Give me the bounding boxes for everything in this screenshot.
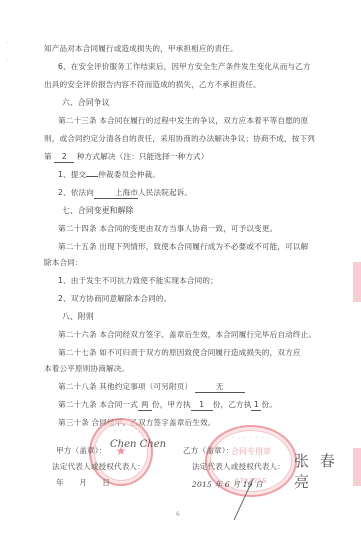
margin-mark: · bbox=[6, 40, 8, 47]
party-a-date: 年 月 日 bbox=[56, 478, 110, 488]
text-fragment: 2、依法向 bbox=[58, 188, 94, 197]
page-number: 6 bbox=[176, 511, 180, 518]
text-fragment: 第二十八条 其他约定事项（可另附页） bbox=[58, 382, 192, 391]
party-a-label: 甲方（盖章）： bbox=[56, 446, 106, 456]
court-option: 2、依法向上海市人民法院起诉。 bbox=[58, 188, 192, 199]
method-number-blank: 2 bbox=[54, 152, 74, 163]
seal-ring-text: · · · · · bbox=[91, 428, 151, 435]
text-line: 则，或合同约定分清各自的责任，采用协商的办法解决争议；协商不成，按下列 bbox=[44, 134, 315, 144]
party-a-representative-label: 法定代表人或授权代表人： bbox=[52, 462, 145, 472]
party-b-signature: 张 春 亮 bbox=[294, 450, 361, 492]
party-b-label: 乙方（盖章）： bbox=[183, 446, 233, 456]
arbitration-option: 1、提交仲裁委员会仲裁。 bbox=[58, 170, 160, 180]
text-fragment: 种方式解决（注：只能选择一种方式） bbox=[77, 152, 209, 161]
article-28: 第二十八条 其他约定事项（可另附页） 无 bbox=[58, 382, 245, 393]
text-fragment: 第 bbox=[44, 152, 52, 161]
text-fragment: 人民法院起诉。 bbox=[138, 188, 192, 197]
article-23: 第二十三条 本合同在履行的过程中发生的争议，双方应本着平等自愿的原 bbox=[58, 116, 308, 126]
copies-party-b-blank: 1 bbox=[251, 400, 261, 411]
text-fragment: 份。 bbox=[261, 400, 277, 409]
text-fragment: 仲裁委员会仲裁。 bbox=[98, 170, 160, 179]
text-line: 本着公平原则协商解决。 bbox=[44, 364, 129, 374]
cross-page-seal bbox=[353, 262, 361, 302]
text-line: 出具的安全评价报告内容不符而造成的损失，乙方不承担责任。 bbox=[44, 80, 261, 90]
termination-item-1: 1、由于发生不可抗力致使不能实现本合同的； bbox=[58, 276, 218, 286]
article-27: 第二十七条 如不可归责于双方的原因致使合同履行造成损失的，双方应 bbox=[58, 348, 301, 358]
article-24: 第二十四条 本合同的变更由双方当事人协商一致，可予以变更。 bbox=[58, 224, 277, 234]
text-fragment: 份，甲方执 bbox=[152, 400, 191, 409]
text-line: 知产品对本合同履行或造成损失的，甲承担相应的责任。 bbox=[44, 44, 238, 54]
party-b-representative-label: 法定代表人或授权代表人： bbox=[192, 462, 285, 472]
section-heading-disputes: 六、合同争议 bbox=[62, 98, 110, 108]
dispute-method-line: 第 2 种方式解决（注：只能选择一种方式） bbox=[44, 152, 209, 163]
text-fragment: 份，乙方执 bbox=[213, 400, 252, 409]
article-25: 第二十五条 出现下列情形，致使本合同履行成为不必要或不可能，可以解 bbox=[58, 242, 308, 252]
section-heading-supplementary: 八、附则 bbox=[62, 312, 94, 322]
termination-item-2: 2、双方协商同意解除本合同的。 bbox=[58, 294, 171, 304]
arbitration-blank bbox=[86, 176, 98, 177]
section-heading-change: 七、合同变更和解除 bbox=[62, 206, 134, 216]
copies-party-a-blank: 1 bbox=[191, 400, 213, 411]
margin-mark: · bbox=[6, 58, 8, 65]
article-29: 第二十九条 本合同一式两份，甲方执1份，乙方执1份。 bbox=[58, 400, 277, 411]
party-a-signature: Chen Chen bbox=[110, 439, 166, 450]
copies-total-blank: 两 bbox=[138, 400, 152, 411]
text-line: 除本合同： bbox=[44, 258, 83, 268]
text-line: 6、在安全评价服务工作结束后，因甲方安全生产条件发生变化从而与乙方 bbox=[58, 62, 311, 72]
article-26: 第二十六条 本合同经双方签字、盖章后生效，本合同履行完毕后自动终止。 bbox=[58, 330, 316, 340]
contract-page: · · 知产品对本合同履行或造成损失的，甲承担相应的责任。 6、在安全评价服务工… bbox=[0, 0, 361, 538]
cross-page-seal bbox=[353, 448, 361, 486]
other-terms-blank: 无 bbox=[195, 382, 245, 393]
seal-ring-text: · · · · · · · bbox=[207, 435, 295, 442]
court-location-blank: 上海市 bbox=[94, 188, 138, 199]
text-fragment: 第二十九条 本合同一式 bbox=[58, 400, 138, 409]
text-fragment: 1、提交 bbox=[58, 170, 86, 179]
